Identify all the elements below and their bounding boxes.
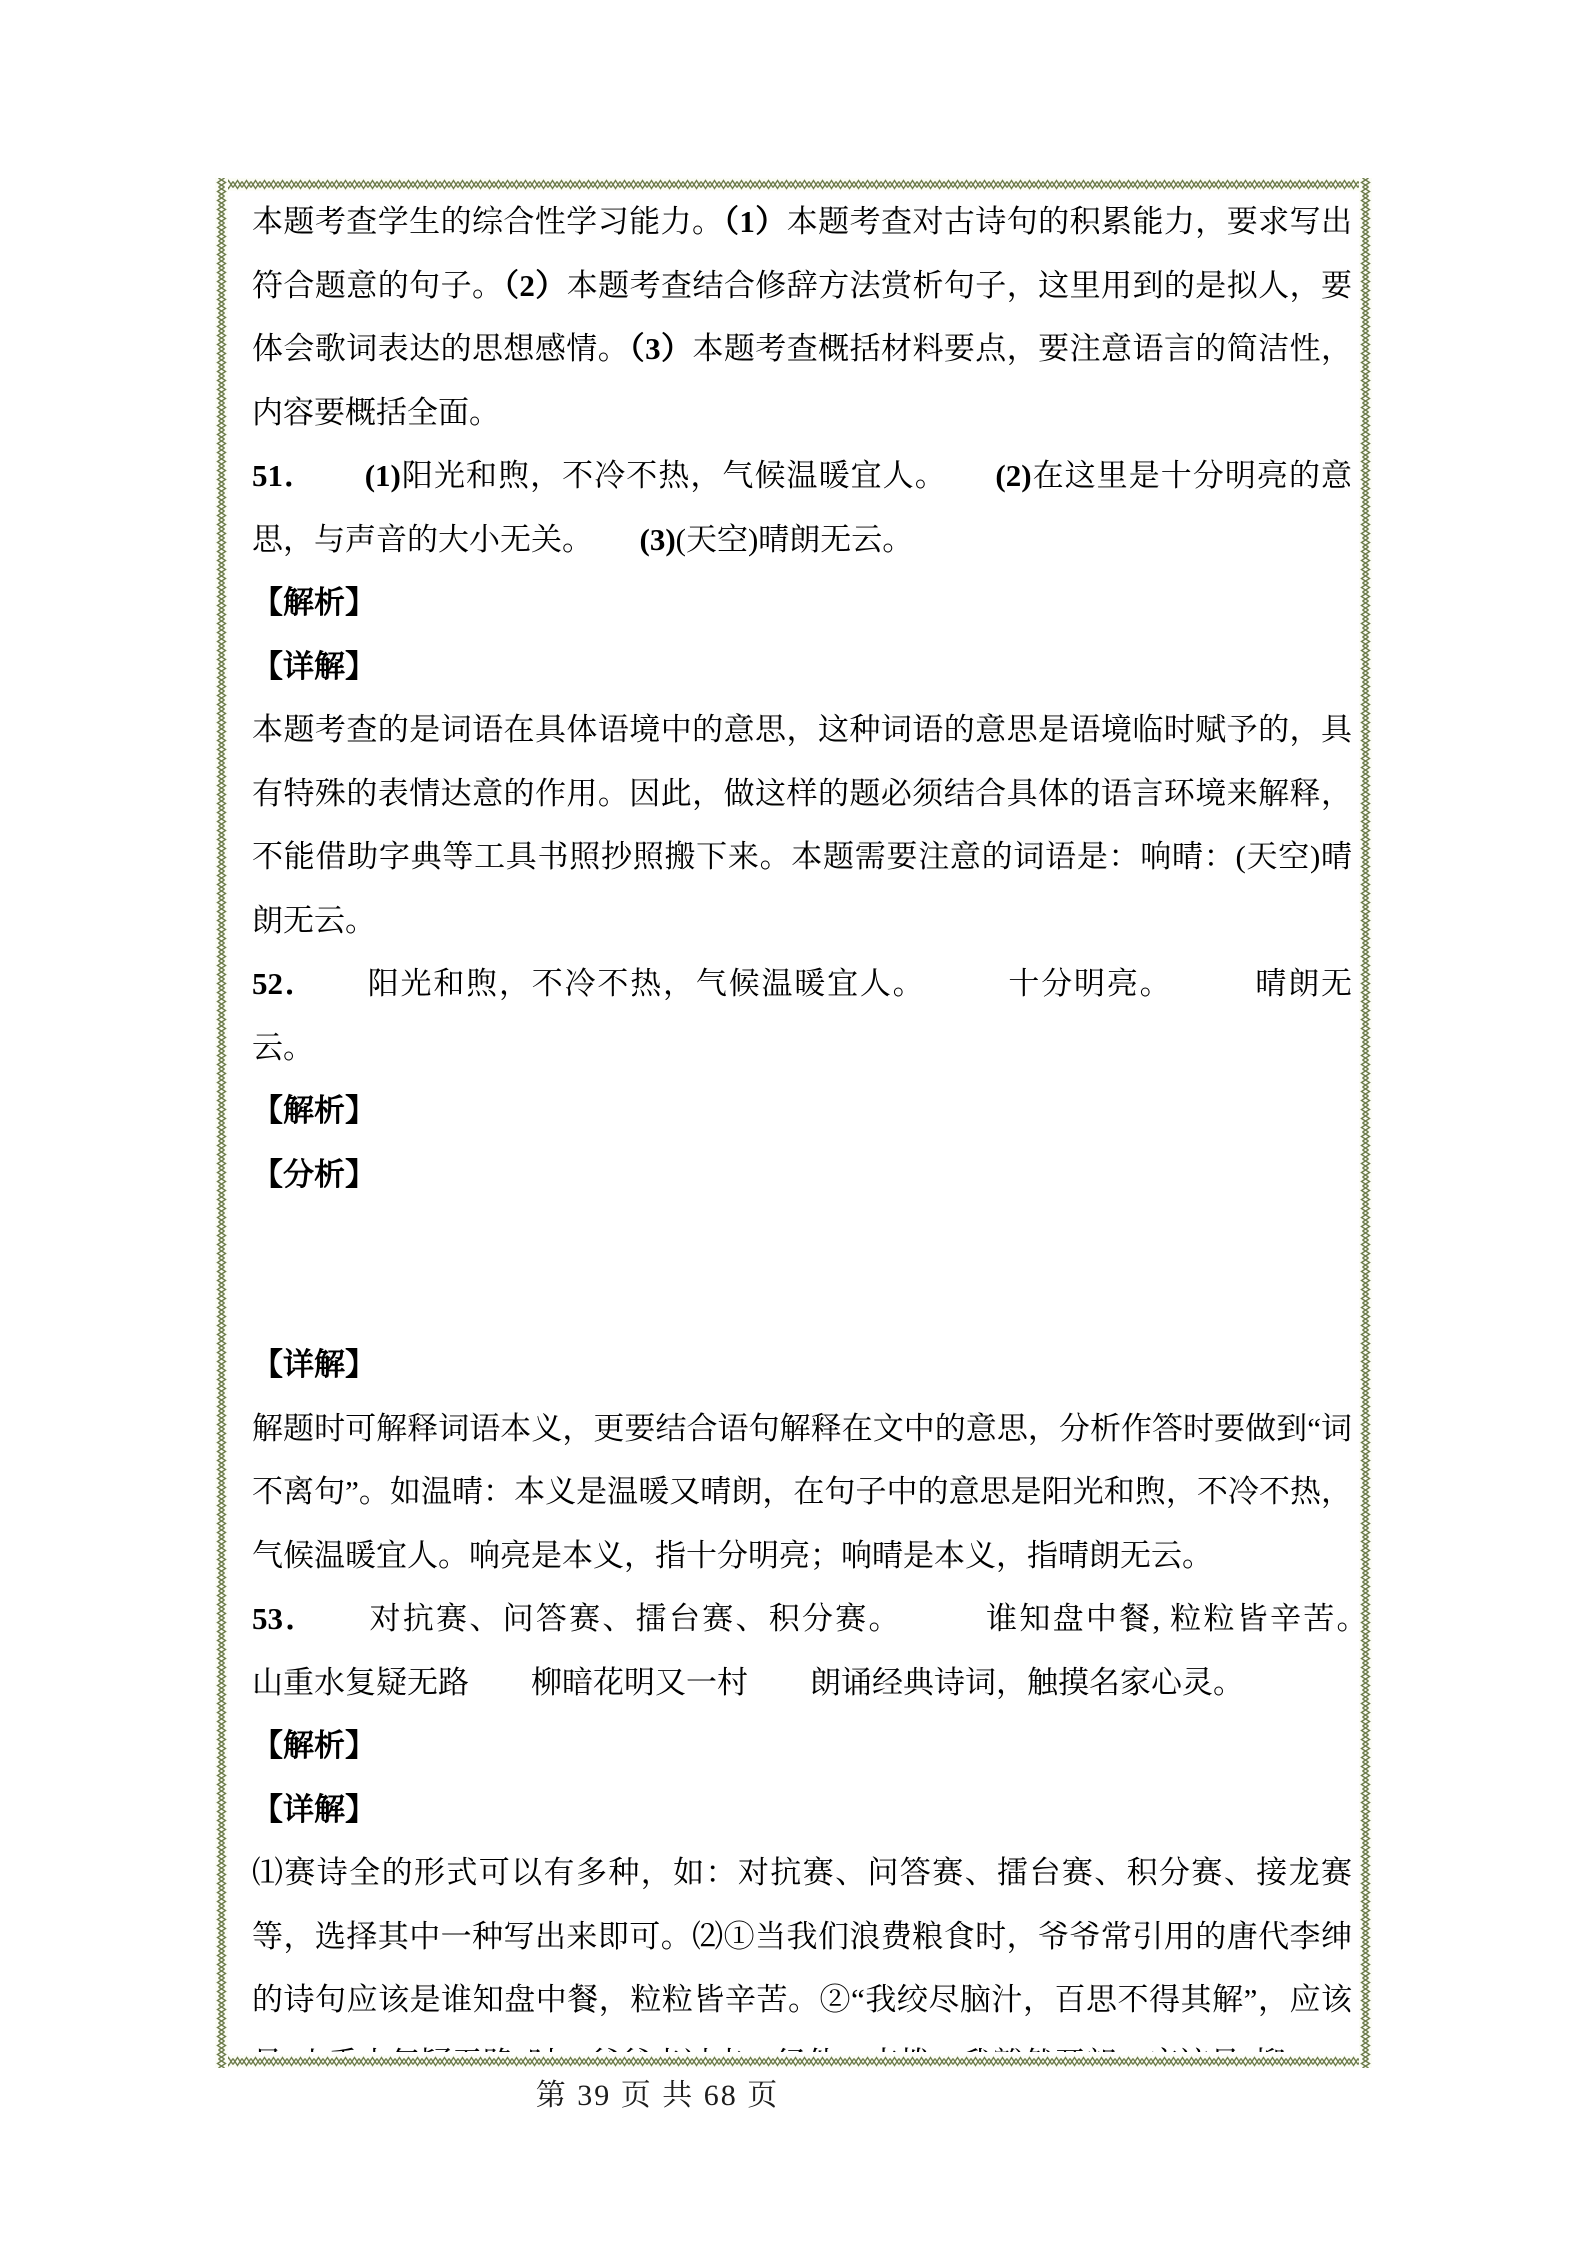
bold-text: 【详解】 xyxy=(252,1347,376,1382)
paragraph: 本题考查学生的综合性学习能力。（1）本题考查对古诗句的积累能力，要求写出符合题意… xyxy=(252,190,1352,444)
paragraph: 本题考查的是词语在具体语境中的意思，这种词语的意思是语境临时赋予的，具有特殊的表… xyxy=(252,698,1352,952)
paragraph: 【详解】 xyxy=(252,1333,1352,1397)
bold-text: 51． xyxy=(252,458,301,493)
bold-text: （3） xyxy=(629,331,692,366)
text-segment xyxy=(301,458,365,493)
bold-text: 【详解】 xyxy=(252,649,376,684)
paragraph: 【分析】 xyxy=(252,1143,1352,1207)
text-segment: 阳光和煦，不冷不热，气候温暖宜人。 xyxy=(401,458,996,493)
bold-text: (2) xyxy=(995,458,1031,493)
text-segment: 本题考查的是词语在具体语境中的意思，这种词语的意思是语境临时赋予的，具有特殊的表… xyxy=(252,712,1352,938)
bold-text: 【解析】 xyxy=(252,1728,376,1763)
paragraph: 51． (1)阳光和煦，不冷不热，气候温暖宜人。 (2)在这里是十分明亮的意思，… xyxy=(252,444,1352,571)
page-border-left xyxy=(215,178,228,2068)
page-border-bottom xyxy=(215,2055,1372,2068)
page-content: 本题考查学生的综合性学习能力。（1）本题考查对古诗句的积累能力，要求写出符合题意… xyxy=(252,190,1352,2052)
blank-lines xyxy=(252,1206,1352,1333)
bold-text: 【分析】 xyxy=(252,1157,376,1192)
bold-text: 【解析】 xyxy=(252,585,376,620)
paragraph: 【详解】 xyxy=(252,635,1352,699)
page-footer: 第 39 页 共 68 页 xyxy=(0,2078,1315,2114)
paragraph: 【详解】 xyxy=(252,1778,1352,1842)
bold-text: (1) xyxy=(365,458,401,493)
bold-text: (3) xyxy=(640,522,676,557)
bold-text: 52． xyxy=(252,966,302,1001)
paragraph: 解题时可解释词语本义，更要结合语句解释在文中的意思，分析作答时要做到“词不离句”… xyxy=(252,1397,1352,1588)
bold-text: （2） xyxy=(503,268,566,303)
paragraph: 【解析】 xyxy=(252,1714,1352,1778)
text-segment: (天空)晴朗无云。 xyxy=(676,522,914,557)
text-segment: 解题时可解释词语本义，更要结合语句解释在文中的意思，分析作答时要做到“词不离句”… xyxy=(252,1411,1352,1573)
page-border-right xyxy=(1359,178,1372,2068)
bold-text: 【解析】 xyxy=(252,1093,376,1128)
paragraph: 52． 阳光和煦，不冷不热，气候温暖宜人。 十分明亮。 晴朗无云。 xyxy=(252,952,1352,1079)
bold-text: （1） xyxy=(723,204,786,239)
paragraph: ⑴赛诗全的形式可以有多种，如：对抗赛、问答赛、擂台赛、积分赛、接龙赛等，选择其中… xyxy=(252,1841,1352,2052)
text-segment: 阳光和煦，不冷不热，气候温暖宜人。 十分明亮。 晴朗无云。 xyxy=(252,966,1352,1065)
paragraph: 【解析】 xyxy=(252,1079,1352,1143)
bold-text: 【详解】 xyxy=(252,1792,376,1827)
text-segment: 本题考查学生的综合性学习能力。 xyxy=(252,204,723,239)
paragraph: 【解析】 xyxy=(252,571,1352,635)
document-page: 本题考查学生的综合性学习能力。（1）本题考查对古诗句的积累能力，要求写出符合题意… xyxy=(0,0,1587,2245)
bold-text: 53． xyxy=(252,1601,303,1636)
text-segment: ⑴赛诗全的形式可以有多种，如：对抗赛、问答赛、擂台赛、积分赛、接龙赛等，选择其中… xyxy=(252,1855,1352,2052)
paragraph: 53． 对抗赛、问答赛、擂台赛、积分赛。 谁知盘中餐, 粒粒皆辛苦。 山重水复疑… xyxy=(252,1587,1352,1714)
text-segment: 对抗赛、问答赛、擂台赛、积分赛。 谁知盘中餐, 粒粒皆辛苦。 山重水复疑无路 柳… xyxy=(252,1601,1352,1700)
